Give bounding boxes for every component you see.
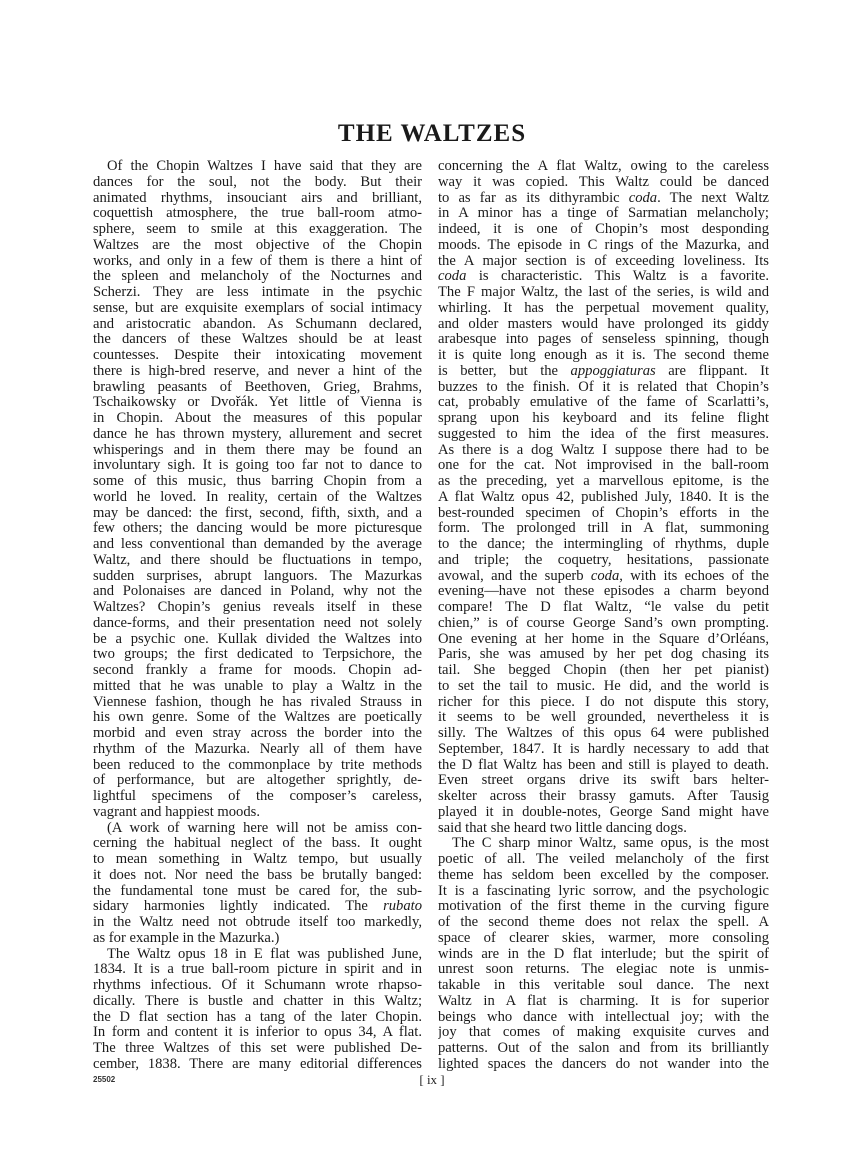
text-line: The F major Waltz, the last of the serie… [438,285,769,301]
text-line: of the second theme does not relax the s… [438,915,769,931]
text-line: space of clearer skies, warmer, more con… [438,931,769,947]
italic-term: appoggiaturas [571,364,656,379]
text-line: some of this music, thus barring Chopin … [93,474,422,490]
text-line: sphere, seem to smile at this exaggerati… [93,222,422,238]
text-line: coda is characteristic. This Waltz is a … [438,269,769,285]
text-line: Viennese fashion, though he has rivaled … [93,695,422,711]
text-line: works, and only in a few of them is ther… [93,254,422,270]
text-line: In form and content it is inferior to op… [93,1025,422,1041]
text-line: involuntary sigh. It is going too far no… [93,458,422,474]
right-text-column: concerning the A flat Waltz, owing to th… [438,159,769,1073]
text-line: indeed, it is one of Chopin’s most despo… [438,222,769,238]
text-line: sudden surprises, abrupt languors. The M… [93,569,422,585]
text-line: two groups; the first dedicated to Terps… [93,647,422,663]
text-segment: , with its echoes of the [619,569,769,584]
italic-term: coda [629,191,657,206]
text-line: dance-forms, and their presentation need… [93,616,422,632]
text-segment: sidary harmonies lightly indicated. The [93,899,383,914]
text-line: (A work of warning here will not be amis… [93,821,422,837]
text-line: to the dance; the intermingling of rhyth… [438,537,769,553]
text-line: Waltz in A flat is charming. It is for s… [438,994,769,1010]
text-line: Tschaikowsky or Dvořák. Yet little of Vi… [93,395,422,411]
text-line: sense, but are exquisite exemplars of so… [93,301,422,317]
text-line: played it in double-notes, George Sand m… [438,805,769,821]
text-segment: are flippant. It [656,364,769,379]
text-segment: is characteristic. This Waltz is a favor… [466,269,769,284]
text-line: the fundamental tone must be cared for, … [93,884,422,900]
text-line: morbid and even stray across the border … [93,726,422,742]
text-line: in the Waltz need not obtrude itself too… [93,915,422,931]
text-line: way it was copied. This Waltz could be d… [438,175,769,191]
text-line: As there is a dog Waltz I suppose there … [438,443,769,459]
text-line: dances for the soul, not the body. But t… [93,175,422,191]
text-line: moods. The episode in C rings of the Maz… [438,238,769,254]
text-line: patterns. Out of the salon and from its … [438,1041,769,1057]
text-line: form. The prolonged trill in A flat, sum… [438,521,769,537]
text-line: Waltzes? Chopin’s genius reveals itself … [93,600,422,616]
text-line: avowal, and the superb coda, with its ec… [438,569,769,585]
text-line: sprang upon his keyboard and its feline … [438,411,769,427]
text-line: poetic of all. The veiled melancholy of … [438,852,769,868]
text-line: the D flat section has a tang of the lat… [93,1010,422,1026]
page-title: THE WALTZES [0,119,864,149]
text-line: it is quite long enough as it is. The se… [438,348,769,364]
text-line: Scherzi. They are less intimate in the p… [93,285,422,301]
text-line: joy that comes of making exquisite curve… [438,1025,769,1041]
text-line: The Waltz opus 18 in E flat was publishe… [93,947,422,963]
text-line: rhythms infectious. Of it Schumann wrote… [93,978,422,994]
text-line: one for the cat. Not improvised in the b… [438,458,769,474]
page-number: [ ix ] [0,1072,864,1088]
text-line: world he loved. In reality, certain of t… [93,490,422,506]
text-line: dance he has thrown mystery, allurement … [93,427,422,443]
text-line: few others; the dancing would be more pi… [93,521,422,537]
text-line: his own genre. Some of the Waltzes are p… [93,710,422,726]
text-segment: avowal, and the superb [438,569,591,584]
text-line: compare! The D flat Waltz, “le valse du … [438,600,769,616]
text-segment: to as far as its dithyrambic [438,191,629,206]
text-line: cerning the habitual neglect of the bass… [93,836,422,852]
text-line: cat, probably emulative of the fame of S… [438,395,769,411]
text-line: September, 1847. It is hardly necessary … [438,742,769,758]
text-line: The three Waltzes of this set were publi… [93,1041,422,1057]
text-line: winds are in the D flat interlude; but t… [438,947,769,963]
text-line: in Chopin. About the measures of this po… [93,411,422,427]
text-line: mitted that he was unable to play a Walt… [93,679,422,695]
text-segment: . The next Waltz [657,191,769,206]
text-line: theme has seldom been excelled by the co… [438,868,769,884]
text-line: silly. The Waltzes of this opus 64 were … [438,726,769,742]
text-line: to set the tail to music. He did, and th… [438,679,769,695]
text-line: and Polonaises are danced in Poland, why… [93,584,422,600]
text-line: it seems to be well grounded, neverthele… [438,710,769,726]
left-text-column: Of the Chopin Waltzes I have said that t… [93,159,422,1073]
text-line: cember, 1838. There are many editorial d… [93,1057,422,1073]
text-line: and older masters would have prolonged i… [438,317,769,333]
text-line: be a psychic one. Kullak divided the Wal… [93,632,422,648]
text-line: lighted spaces the dancers do not wander… [438,1057,769,1073]
text-line: concerning the A flat Waltz, owing to th… [438,159,769,175]
text-line: buzzes to the finish. Of it is related t… [438,380,769,396]
text-line: best-rounded specimen of Chopin’s effort… [438,506,769,522]
text-line: and triple; the coquetry, hesitations, p… [438,553,769,569]
text-line: suggested to him the idea of the first m… [438,427,769,443]
text-line: Paris, she was amused by her pet dog cha… [438,647,769,663]
text-line: animated rhythms, insouciant airs and br… [93,191,422,207]
text-line: It is a fascinating lyric sorrow, and th… [438,884,769,900]
text-line: as the preceding, yet a marvellous epito… [438,474,769,490]
text-line: second frankly a frame for moods. Chopin… [93,663,422,679]
text-line: evening—have not these episodes a charm … [438,584,769,600]
text-line: Waltzes are the most objective of the Ch… [93,238,422,254]
text-line: been reduced to the commonplace by trite… [93,758,422,774]
text-line: and less conventional than demanded by t… [93,537,422,553]
text-line: rhythm of the Mazurka. Nearly all of the… [93,742,422,758]
italic-term: rubato [383,899,422,914]
text-line: it does not. Nor need the bass be brutal… [93,868,422,884]
text-line: and aristocratic abandon. As Schumann de… [93,317,422,333]
text-line: 1834. It is a true ball-room picture in … [93,962,422,978]
text-line: unrest soon returns. The elegiac note is… [438,962,769,978]
text-line: Even street organs drive its swift bars … [438,773,769,789]
text-line: to mean something in Waltz tempo, but us… [93,852,422,868]
text-line: the dancers of these Waltzes should be a… [93,332,422,348]
text-line: takable in this veritable soul dance. Th… [438,978,769,994]
text-line: brawling peasants of Beethoven, Grieg, B… [93,380,422,396]
italic-term: coda [591,569,619,584]
text-line: dically. There is bustle and chatter in … [93,994,422,1010]
text-line: may be danced: the first, second, fifth,… [93,506,422,522]
text-line: A flat Waltz opus 42, published July, 18… [438,490,769,506]
text-line: whisperings and in them there may be fou… [93,443,422,459]
text-line: The C sharp minor Waltz, same opus, is t… [438,836,769,852]
text-line: the D flat Waltz has been and still is p… [438,758,769,774]
text-line: lightful specimens of the composer’s car… [93,789,422,805]
text-line: chien,” is of course George Sand’s own p… [438,616,769,632]
text-line: of performance, but are altogether sprig… [93,773,422,789]
text-line: arabesque into pages of senseless spinni… [438,332,769,348]
text-line: whirling. It has the perpetual movement … [438,301,769,317]
text-line: vagrant and happiest moods. [93,805,422,821]
text-line: to as far as its dithyrambic coda. The n… [438,191,769,207]
text-line: One evening at her home in the Square d’… [438,632,769,648]
text-line: Of the Chopin Waltzes I have said that t… [93,159,422,175]
text-line: motivation of the first theme in the cur… [438,899,769,915]
italic-term: coda [438,269,466,284]
text-line: Waltz, and there should be fluctuations … [93,553,422,569]
text-line: coquettish atmosphere, the true ball-roo… [93,206,422,222]
text-line: countesses. Despite their intoxicating m… [93,348,422,364]
text-line: sidary harmonies lightly indicated. The … [93,899,422,915]
text-line: there is high-bred reserve, and never a … [93,364,422,380]
text-line: skelter across their brassy gamuts. Afte… [438,789,769,805]
text-line: is better, but the appoggiaturas are fli… [438,364,769,380]
text-line: the A major section is of exceeding love… [438,254,769,270]
text-segment: is better, but the [438,364,571,379]
text-line: richer for this piece. I do not dispute … [438,695,769,711]
text-line: as for example in the Mazurka.) [93,931,422,947]
text-line: the spleen and melancholy of the Nocturn… [93,269,422,285]
text-line: in A minor has a tinge of Sarmatian mela… [438,206,769,222]
text-line: beings who dance with intellectual joy; … [438,1010,769,1026]
text-line: said that she heard two little dancing d… [438,821,769,837]
text-line: tail. She begged Chopin (then her pet pi… [438,663,769,679]
